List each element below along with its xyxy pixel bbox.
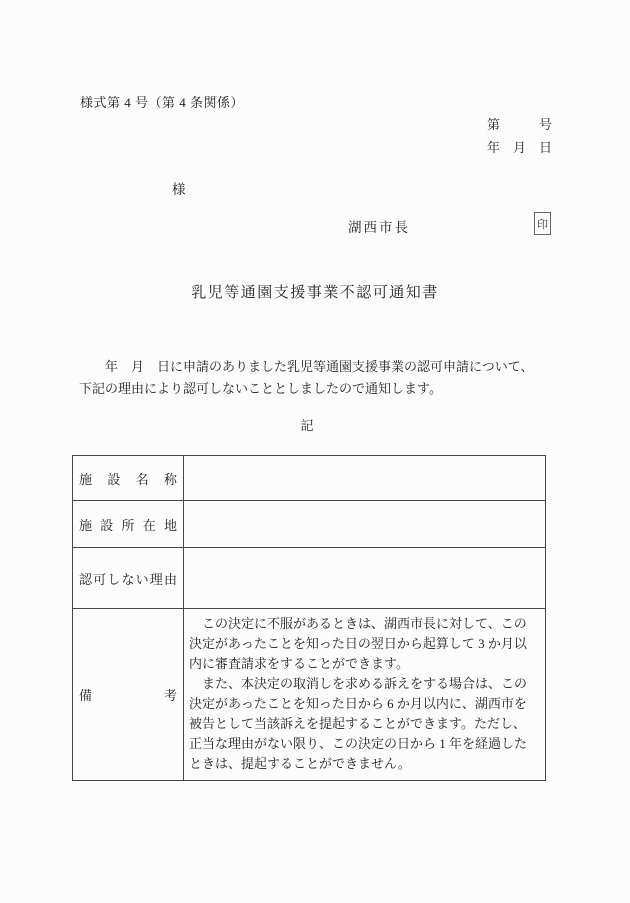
- notice-document-page: 様式第 4 号（第 4 条関係） 第 号 年 月 日 様 湖西市長 印 乳児等通…: [0, 0, 630, 903]
- body-line-1: 年 月 日に申請のありました乳児等通園支援事業の認可申請について、: [79, 356, 535, 378]
- remarks-line: この決定に不服があるときは、湖西市長に対して、この: [189, 614, 539, 634]
- document-title: 乳児等通園支援事業不認可通知書: [0, 281, 630, 302]
- remarks-line: 内に審査請求をすることができます。: [189, 654, 539, 674]
- facility-address-value: [184, 501, 545, 548]
- facility-name-label: 施設名称: [73, 456, 184, 501]
- addressee-suffix: 様: [172, 178, 186, 198]
- doc-number-date-block: 第 号 年 月 日: [487, 113, 552, 159]
- seal-stamp: 印: [534, 212, 551, 235]
- date-line: 年 月 日: [487, 136, 552, 159]
- facility-address-label: 施設所在地: [73, 501, 184, 548]
- remarks-line: 決定があったことを知った日の翌日から起算して 3 か月以: [189, 634, 539, 654]
- remarks-line: ときは、提起することができません。: [189, 754, 539, 774]
- form-number: 様式第 4 号（第 4 条関係）: [80, 92, 244, 111]
- remarks-line: 正当な理由がない限り、この決定の日から 1 年を経過した: [189, 734, 539, 754]
- facility-name-value: [184, 456, 545, 501]
- notice-table: 施設名称 施設所在地 認可しない理由 備考 この決定に不服があるときは、湖西市長…: [72, 455, 546, 781]
- section-marker: 記: [79, 415, 535, 437]
- remarks-line: 被告として当該訴えを提起することができます。ただし、: [189, 714, 539, 734]
- denial-reason-label: 認可しない理由: [73, 548, 184, 609]
- sender-title: 湖西市長: [348, 216, 410, 236]
- remarks-line: 決定があったことを知った日から 6 か月以内に、湖西市を: [189, 694, 539, 714]
- remarks-label: 備考: [73, 609, 184, 780]
- doc-number-line: 第 号: [487, 113, 552, 136]
- remarks-line: また、本決定の取消しを求める訴えをする場合は、この: [189, 674, 539, 694]
- remarks-value: この決定に不服があるときは、湖西市長に対して、この 決定があったことを知った日の…: [184, 609, 545, 780]
- denial-reason-value: [184, 548, 545, 609]
- body-line-2: 下記の理由により認可しないこととしましたので通知します。: [79, 378, 535, 400]
- body-paragraph: 年 月 日に申請のありました乳児等通園支援事業の認可申請について、 下記の理由に…: [79, 356, 535, 400]
